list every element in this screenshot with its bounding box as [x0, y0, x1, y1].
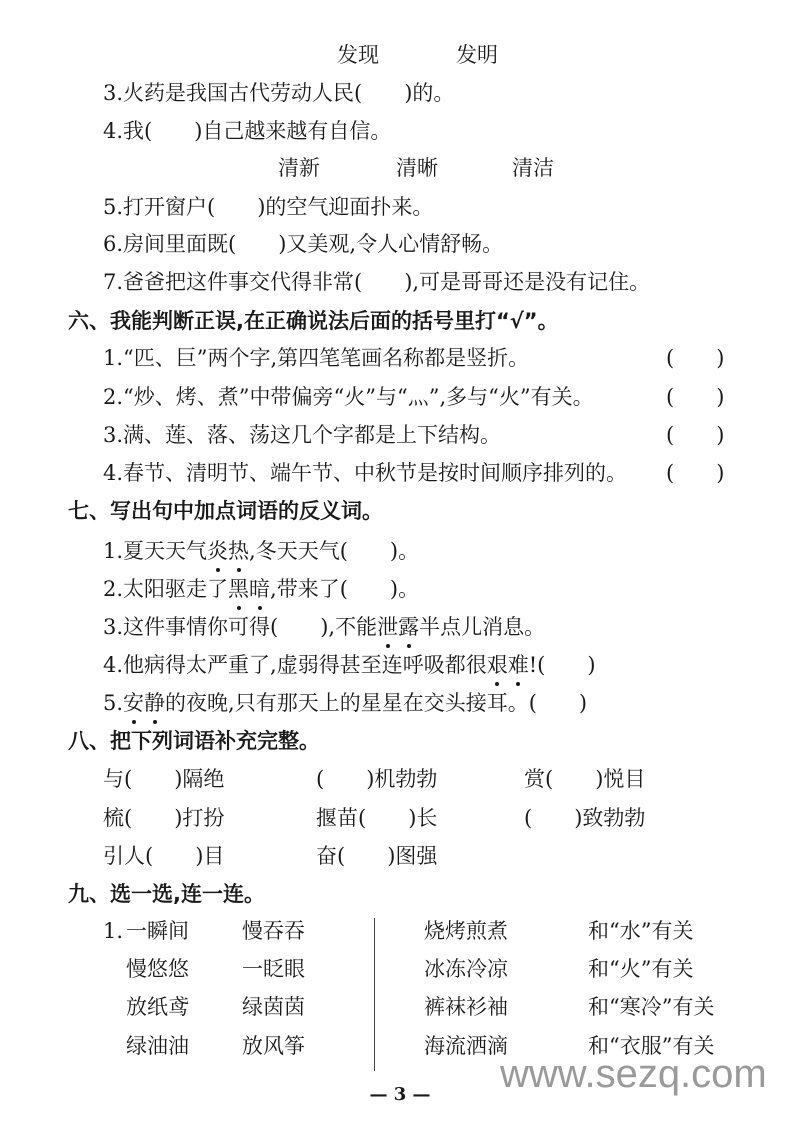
- wordbank-option-qingjie: 清洁: [512, 155, 554, 181]
- match-right-b-2[interactable]: 和“火”有关: [588, 956, 693, 982]
- question-5-4: 4.我( )自己越来越有自信。: [103, 118, 391, 144]
- section-8-title: 八、把下列词语补充完整。: [68, 728, 320, 754]
- idiom-fill-3[interactable]: 赏( )悦目: [524, 766, 645, 792]
- section-6-title: 六、我能判断正误,在正确说法后面的括号里打“√”。: [68, 308, 559, 334]
- match-left-a-4[interactable]: 绿油油: [126, 1033, 189, 1059]
- antonym-item-1: 1.夏天天气炎热,冬天天气( )。: [103, 538, 419, 564]
- judge-answer-2[interactable]: ( ): [666, 384, 724, 410]
- antonym-item-3: 3.这件事情你可得( ),不能泄露半点儿消息。: [103, 614, 545, 640]
- emphasis-dot-char: 泄: [377, 614, 398, 640]
- emphasis-dot-char: 露: [398, 614, 419, 640]
- section-9-title: 九、选一选,连一连。: [68, 881, 265, 907]
- match-right-a-1[interactable]: 烧烤煎煮: [424, 918, 508, 944]
- match-left-b-3[interactable]: 绿茵茵: [242, 994, 305, 1020]
- emphasis-dot-char: 静: [144, 690, 165, 716]
- answer-blank[interactable]: [362, 81, 404, 105]
- judge-answer-3[interactable]: ( ): [666, 422, 724, 448]
- answer-blank[interactable]: [236, 232, 278, 256]
- section-7-title: 七、写出句中加点词语的反义词。: [68, 498, 383, 524]
- idiom-fill-8[interactable]: 奋( )图强: [316, 843, 437, 869]
- dotted-word: 安静: [123, 691, 165, 715]
- emphasis-dot-char: 艰: [487, 652, 508, 678]
- question-5-3: 3.火药是我国古代劳动人民( )的。: [103, 80, 454, 106]
- judge-item-4: 4.春节、清明节、端午节、中秋节是按时间顺序排列的。: [103, 460, 627, 486]
- emphasis-dot-char: 暗: [249, 576, 270, 602]
- wordbank-option-faming: 发明: [456, 42, 498, 68]
- emphasis-dot-char: 难: [508, 652, 529, 678]
- dotted-word: 黑暗: [228, 577, 270, 601]
- question-5-6: 6.房间里面既( )又美观,令人心情舒畅。: [103, 231, 503, 257]
- question-5-7: 7.爸爸把这件事交代得非常( ),可是哥哥还是没有记住。: [103, 269, 650, 295]
- match-right-a-4[interactable]: 海流洒滴: [424, 1033, 508, 1059]
- judge-answer-1[interactable]: ( ): [666, 345, 724, 371]
- judge-item-2: 2.“炒、烤、煮”中带偏旁“火”与“灬”,多与“火”有关。: [103, 384, 594, 410]
- emphasis-dot-char: 热: [228, 538, 249, 564]
- match-right-b-1[interactable]: 和“水”有关: [588, 918, 693, 944]
- wordbank-option-qingxin: 清新: [278, 155, 320, 181]
- match-left-b-4[interactable]: 放风筝: [242, 1033, 305, 1059]
- answer-blank[interactable]: [215, 195, 257, 219]
- match-left-a-1[interactable]: 一瞬间: [126, 918, 189, 944]
- judge-item-3: 3.满、莲、落、荡这几个字都是上下结构。: [103, 422, 501, 448]
- judge-item-1: 1.“匹、巨”两个字,第四笔笔画名称都是竖折。: [103, 345, 529, 371]
- dotted-word: 泄露: [377, 615, 419, 639]
- match-question-label: 1.: [103, 918, 123, 944]
- antonym-item-4: 4.他病得太严重了,虚弱得甚至连呼吸都很艰难!( ): [103, 652, 596, 678]
- wordbank-option-faxian: 发现: [337, 42, 379, 68]
- page-number: — 3 —: [0, 1084, 800, 1105]
- match-right-a-2[interactable]: 冰冻冷凉: [424, 956, 508, 982]
- match-right-b-3[interactable]: 和“寒冷”有关: [588, 994, 714, 1020]
- answer-blank[interactable]: [152, 119, 194, 143]
- question-5-5: 5.打开窗户( )的空气迎面扑来。: [103, 194, 433, 220]
- wordbank-option-qingxi: 清晰: [396, 155, 438, 181]
- antonym-item-5: 5.安静的夜晚,只有那天上的星星在交头接耳。( ): [103, 690, 587, 716]
- column-divider: [374, 918, 375, 1071]
- answer-blank[interactable]: [362, 270, 404, 294]
- judge-answer-4[interactable]: ( ): [666, 460, 724, 486]
- match-left-b-2[interactable]: 一眨眼: [242, 956, 305, 982]
- idiom-fill-6[interactable]: ( )致勃勃: [524, 805, 645, 831]
- dotted-word: 炎热: [207, 539, 249, 563]
- match-left-a-2[interactable]: 慢悠悠: [126, 956, 189, 982]
- match-right-a-3[interactable]: 裤袜衫袖: [424, 994, 508, 1020]
- emphasis-dot-char: 炎: [207, 538, 228, 564]
- emphasis-dot-char: 安: [123, 690, 144, 716]
- idiom-fill-2[interactable]: ( )机勃勃: [316, 766, 437, 792]
- antonym-item-2: 2.太阳驱走了黑暗,带来了( )。: [103, 576, 419, 602]
- idiom-fill-5[interactable]: 揠苗( )长: [316, 805, 437, 831]
- match-left-a-3[interactable]: 放纸鸢: [126, 994, 189, 1020]
- emphasis-dot-char: 黑: [228, 576, 249, 602]
- idiom-fill-4[interactable]: 梳( )打扮: [103, 805, 224, 831]
- match-left-b-1[interactable]: 慢吞吞: [242, 918, 305, 944]
- idiom-fill-1[interactable]: 与( )隔绝: [103, 766, 224, 792]
- idiom-fill-7[interactable]: 引人( )目: [103, 843, 224, 869]
- dotted-word: 艰难: [487, 653, 529, 677]
